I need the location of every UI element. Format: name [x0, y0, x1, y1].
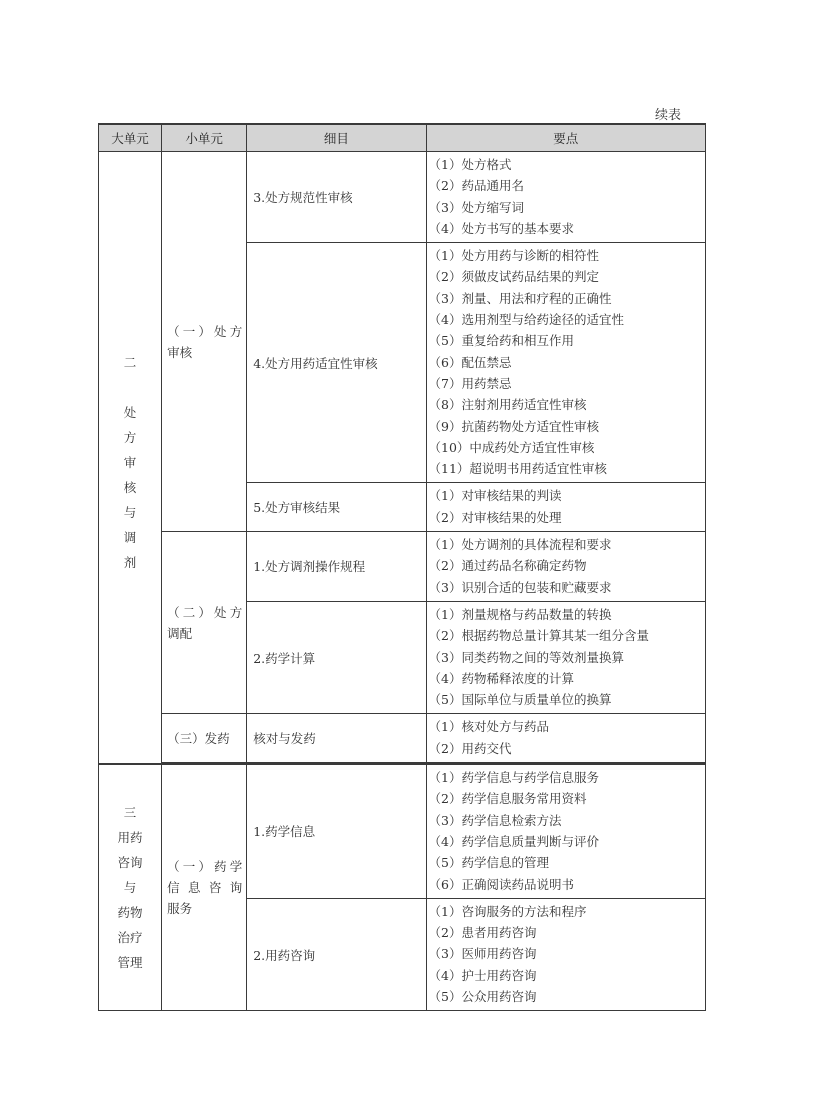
point-item: （1）处方格式 [429, 154, 702, 175]
points-cell: （1）剂量规格与药品数量的转换 （2）根据药物总量计算其某一组分含量 （3）同类… [426, 601, 706, 713]
major-unit-cell: 三 用药 咨询 与 药物 治疗 管理 [99, 764, 162, 1011]
point-item: （1）处方用药与诊断的相符性 [429, 245, 702, 266]
minor-unit-label: 审核 [167, 342, 242, 363]
detail-cell: 4.处方用药适宜性审核 [247, 243, 426, 483]
points-cell: （1）处方格式 （2）药品通用名 （3）处方缩写词 （4）处方书写的基本要求 [426, 152, 706, 243]
major-unit-title-char: 方 [99, 425, 161, 450]
detail-cell: 5.处方审核结果 [247, 483, 426, 532]
point-item: （4）药学信息质量判断与评价 [429, 831, 702, 852]
point-item: （3）药学信息检索方法 [429, 810, 702, 831]
point-item: （1）剂量规格与药品数量的转换 [429, 604, 702, 625]
major-unit-title-char: 核 [99, 475, 161, 500]
point-item: （8）注射剂用药适宜性审核 [429, 394, 702, 415]
header-minor-unit: 小单元 [162, 124, 247, 152]
point-item: （2）须做皮试药品结果的判定 [429, 266, 702, 287]
header-key-points: 要点 [426, 124, 706, 152]
point-item: （1）处方调剂的具体流程和要求 [429, 534, 702, 555]
point-item: （3）剂量、用法和疗程的正确性 [429, 288, 702, 309]
minor-unit-cell: （一）处方 审核 [162, 152, 247, 532]
point-item: （11）超说明书用药适宜性审核 [429, 458, 702, 479]
point-item: （1）药学信息与药学信息服务 [429, 767, 702, 788]
point-item: （4）选用剂型与给药途径的适宜性 [429, 309, 702, 330]
point-item: （4）处方书写的基本要求 [429, 218, 702, 239]
point-item: （4）护士用药咨询 [429, 965, 702, 986]
point-item: （3）处方缩写词 [429, 197, 702, 218]
minor-unit-label: 信息咨询 [167, 877, 242, 898]
minor-unit-label: （一）处方 [167, 321, 242, 342]
detail-cell: 核对与发药 [247, 714, 426, 763]
header-detail: 细目 [247, 124, 426, 152]
points-cell: （1）处方用药与诊断的相符性 （2）须做皮试药品结果的判定 （3）剂量、用法和疗… [426, 243, 706, 483]
point-item: （1）咨询服务的方法和程序 [429, 901, 702, 922]
major-unit-title-char: 调 [99, 525, 161, 550]
point-item: （6）配伍禁忌 [429, 352, 702, 373]
points-cell: （1）处方调剂的具体流程和要求 （2）通过药品名称确定药物 （3）识别合适的包装… [426, 532, 706, 602]
point-item: （9）抗菌药物处方适宜性审核 [429, 416, 702, 437]
major-unit-cell: 二 处 方 审 核 与 调 剂 [99, 152, 162, 765]
major-unit-title-char: 处 [99, 400, 161, 425]
point-item: （2）患者用药咨询 [429, 922, 702, 943]
point-item: （2）药学信息服务常用资料 [429, 788, 702, 809]
minor-unit-label: 服务 [167, 898, 242, 919]
point-item: （2）用药交代 [429, 738, 702, 759]
point-item: （1）核对处方与药品 [429, 716, 702, 737]
major-unit-title-line: 治疗 [99, 925, 161, 950]
syllabus-table: 大单元 小单元 细目 要点 二 处 方 审 核 与 调 剂 [98, 123, 706, 1011]
table-row: 三 用药 咨询 与 药物 治疗 管理 （一）药学 信息咨询 服务 1.药学信息 … [99, 764, 706, 898]
major-unit-title-char: 剂 [99, 550, 161, 575]
major-unit-number: 二 [99, 350, 161, 375]
major-unit-title-line: 管理 [99, 950, 161, 975]
point-item: （1）对审核结果的判读 [429, 485, 702, 506]
minor-unit-label: 调配 [167, 623, 242, 644]
point-item: （5）药学信息的管理 [429, 852, 702, 873]
major-unit-title-char: 审 [99, 450, 161, 475]
major-unit-title-line: 咨询 [99, 850, 161, 875]
point-item: （5）国际单位与质量单位的换算 [429, 689, 702, 710]
points-cell: （1）核对处方与药品 （2）用药交代 [426, 714, 706, 763]
point-item: （4）药物稀释浓度的计算 [429, 668, 702, 689]
table-row: 二 处 方 审 核 与 调 剂 （一）处方 审核 3.处方规范性审核 （1）处方… [99, 152, 706, 243]
point-item: （2）药品通用名 [429, 175, 702, 196]
detail-cell: 3.处方规范性审核 [247, 152, 426, 243]
detail-cell: 1.处方调剂操作规程 [247, 532, 426, 602]
point-item: （10）中成药处方适宜性审核 [429, 437, 702, 458]
major-unit-title-line: 与 [99, 875, 161, 900]
detail-cell: 1.药学信息 [247, 764, 426, 898]
major-unit-title-line: 药物 [99, 900, 161, 925]
minor-unit-label: （一）药学 [167, 856, 242, 877]
point-item: （7）用药禁忌 [429, 373, 702, 394]
points-cell: （1）药学信息与药学信息服务 （2）药学信息服务常用资料 （3）药学信息检索方法… [426, 764, 706, 898]
point-item: （2）对审核结果的处理 [429, 507, 702, 528]
point-item: （3）同类药物之间的等效剂量换算 [429, 647, 702, 668]
point-item: （3）识别合适的包装和贮藏要求 [429, 577, 702, 598]
minor-unit-cell: （三）发药 [162, 714, 247, 763]
continued-table-label: 续表 [655, 104, 681, 123]
detail-cell: 2.药学计算 [247, 601, 426, 713]
point-item: （3）医师用药咨询 [429, 943, 702, 964]
point-item: （2）根据药物总量计算其某一组分含量 [429, 625, 702, 646]
minor-unit-cell: （一）药学 信息咨询 服务 [162, 764, 247, 1011]
point-item: （2）通过药品名称确定药物 [429, 555, 702, 576]
major-unit-title-line: 用药 [99, 825, 161, 850]
minor-unit-label: （三）发药 [167, 731, 230, 746]
major-unit-title-char: 与 [99, 500, 161, 525]
header-major-unit: 大单元 [99, 124, 162, 152]
point-item: （5）重复给药和相互作用 [429, 330, 702, 351]
points-cell: （1）咨询服务的方法和程序 （2）患者用药咨询 （3）医师用药咨询 （4）护士用… [426, 898, 706, 1010]
point-item: （6）正确阅读药品说明书 [429, 874, 702, 895]
minor-unit-label: （二）处方 [167, 602, 242, 623]
table-row: （二）处方 调配 1.处方调剂操作规程 （1）处方调剂的具体流程和要求 （2）通… [99, 532, 706, 602]
major-unit-number: 三 [99, 800, 161, 825]
points-cell: （1）对审核结果的判读 （2）对审核结果的处理 [426, 483, 706, 532]
minor-unit-cell: （二）处方 调配 [162, 532, 247, 714]
point-item: （5）公众用药咨询 [429, 986, 702, 1007]
table-row: （三）发药 核对与发药 （1）核对处方与药品 （2）用药交代 [99, 714, 706, 763]
detail-cell: 2.用药咨询 [247, 898, 426, 1010]
table-header-row: 大单元 小单元 细目 要点 [99, 124, 706, 152]
